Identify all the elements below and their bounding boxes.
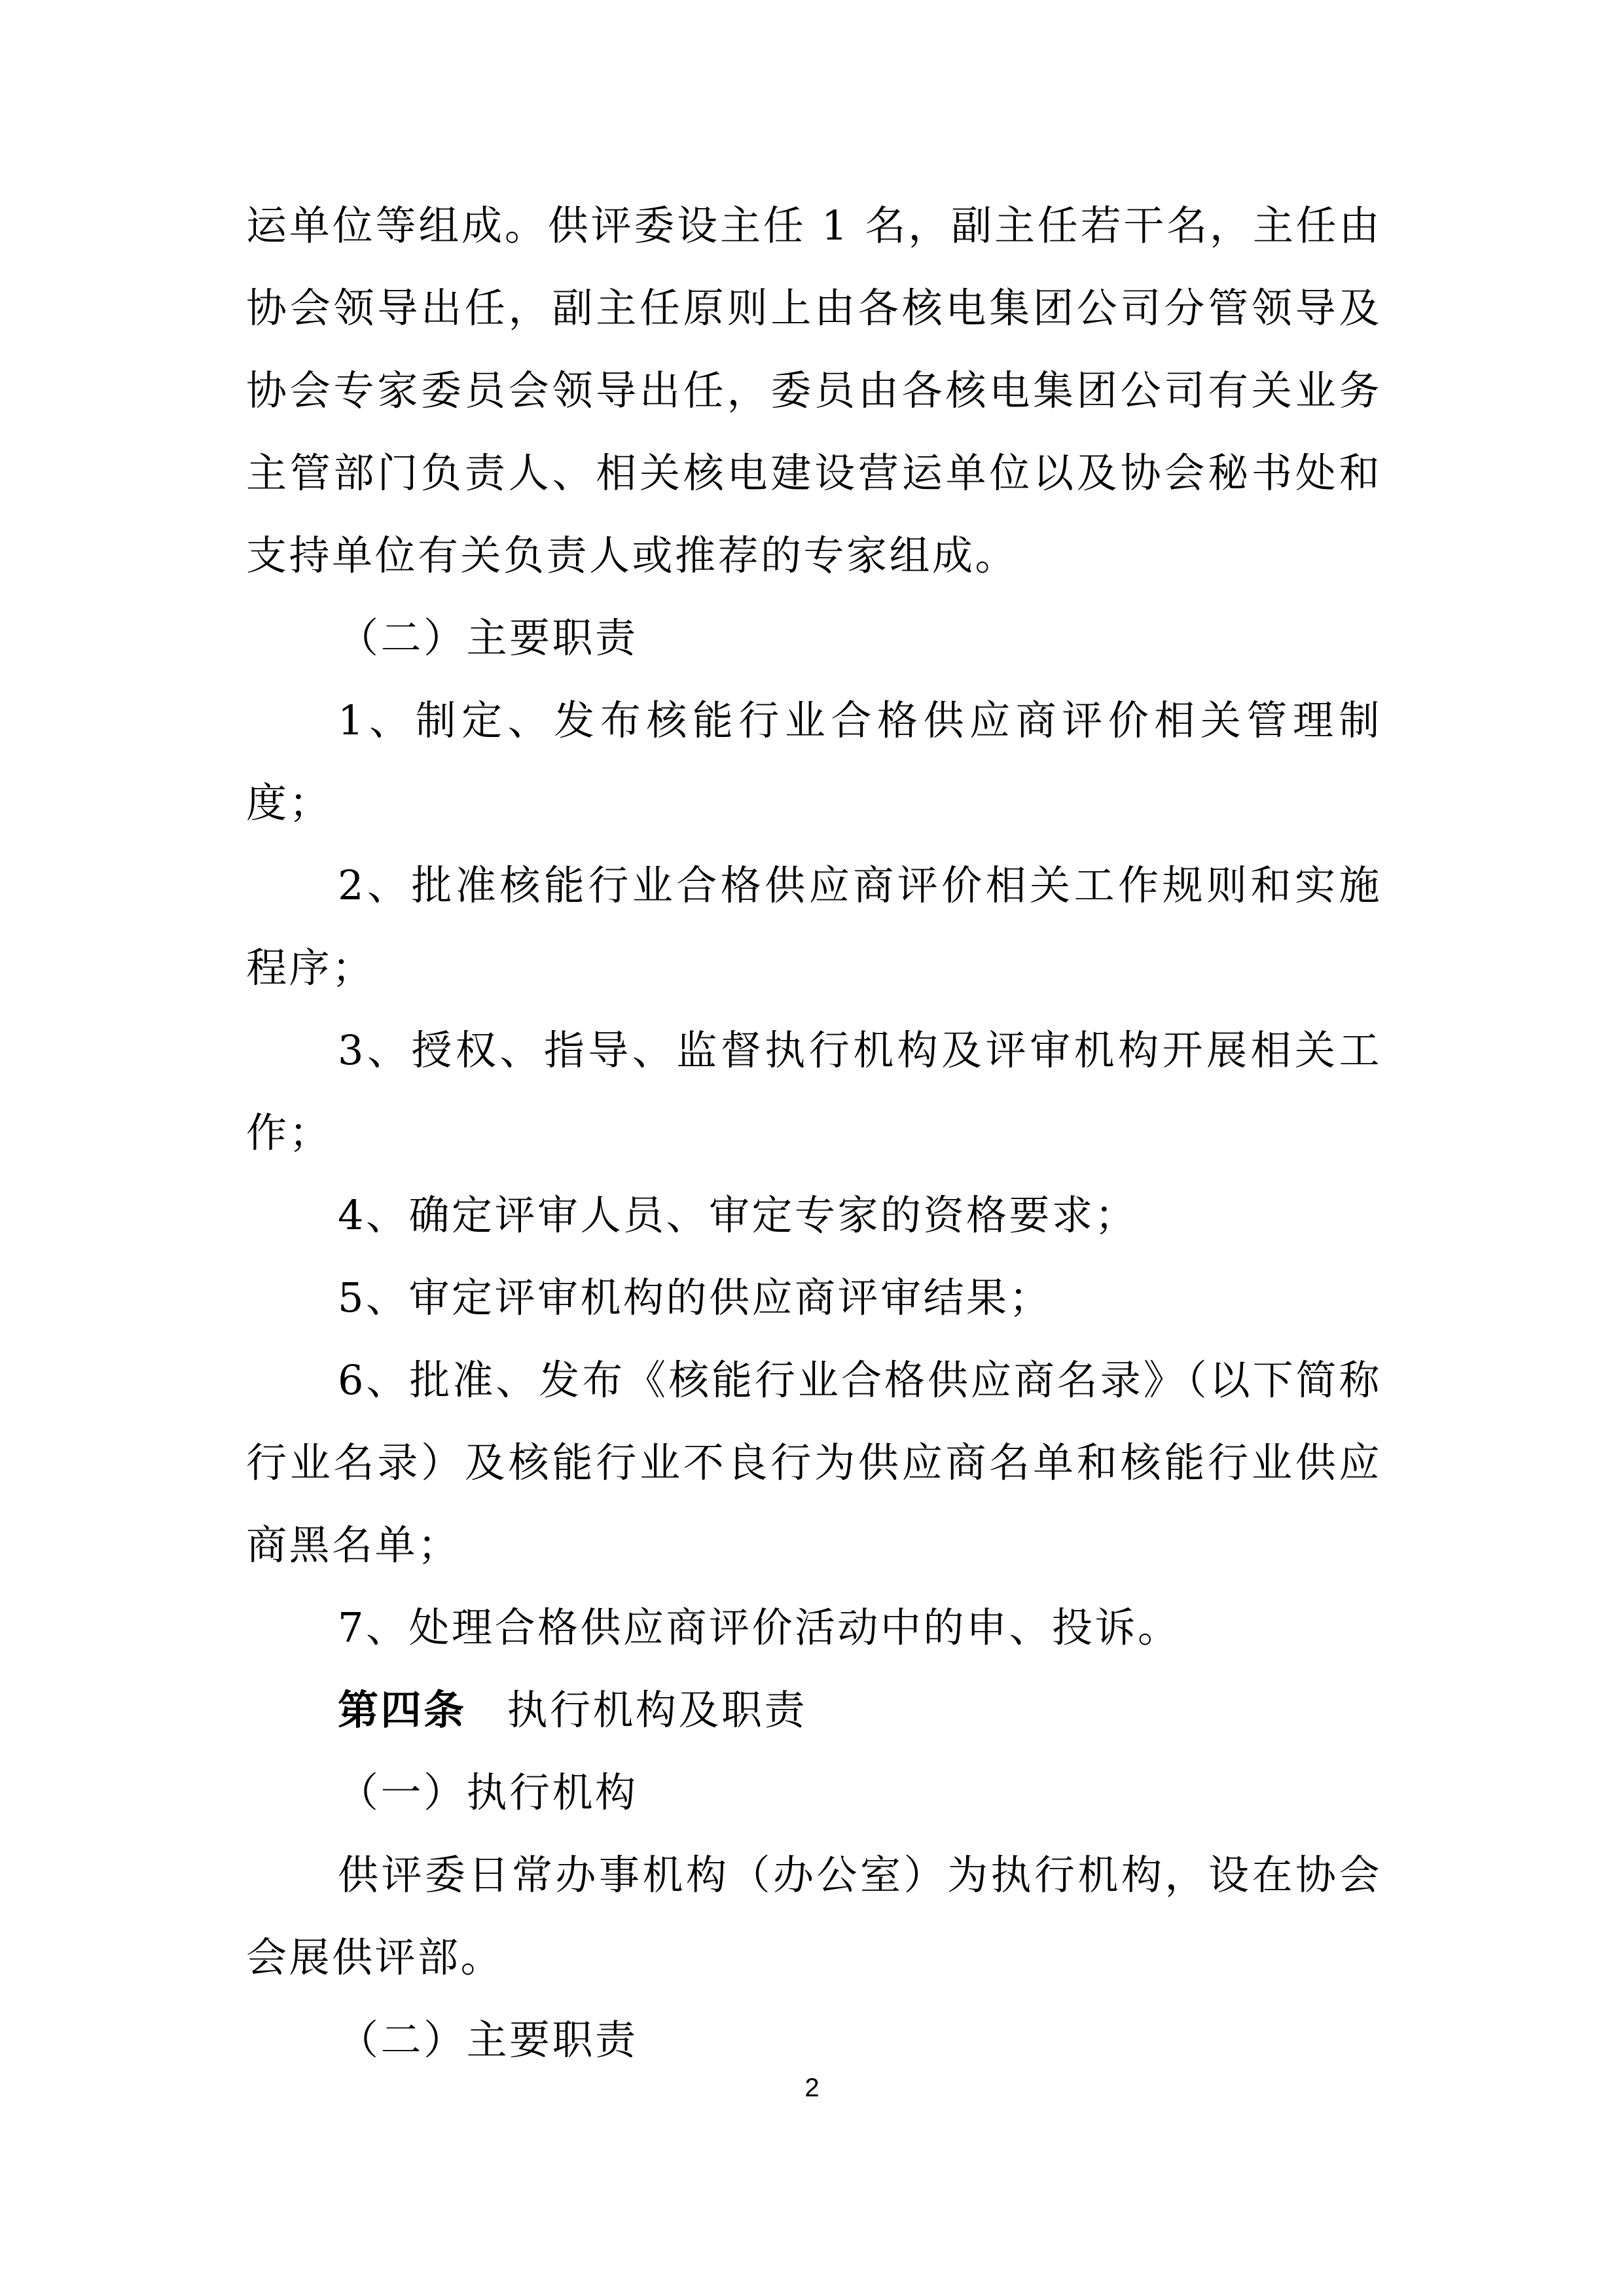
paragraph-committee-composition: 运单位等组成。供评委设主任 1 名，副主任若干名，主任由协会领导出任，副主任原则… bbox=[246, 185, 1382, 597]
duty-item-1: 1、制定、发布核能行业合格供应商评价相关管理制度； bbox=[246, 679, 1382, 844]
duty-item-6: 6、批准、发布《核能行业合格供应商名录》（以下简称行业名录）及核能行业不良行为供… bbox=[246, 1339, 1382, 1587]
subheading-executive-duties: （二）主要职责 bbox=[246, 1999, 1382, 2081]
duty-item-5: 5、审定评审机构的供应商评审结果； bbox=[246, 1257, 1382, 1339]
duty-item-7: 7、处理合格供应商评价活动中的申、投诉。 bbox=[246, 1587, 1382, 1669]
article-title: 执行机构及职责 bbox=[507, 1686, 808, 1734]
article-heading: 第四条执行机构及职责 bbox=[246, 1669, 1382, 1751]
duty-item-4: 4、确定评审人员、审定专家的资格要求； bbox=[246, 1174, 1382, 1257]
article-number: 第四条 bbox=[338, 1686, 467, 1734]
duty-item-3: 3、授权、指导、监督执行机构及评审机构开展相关工作； bbox=[246, 1009, 1382, 1174]
subheading-main-duties: （二）主要职责 bbox=[246, 597, 1382, 679]
subheading-executive-body: （一）执行机构 bbox=[246, 1751, 1382, 1834]
document-page: 运单位等组成。供评委设主任 1 名，副主任若干名，主任由协会领导出任，副主任原则… bbox=[0, 0, 1624, 2296]
paragraph-executive-body: 供评委日常办事机构（办公室）为执行机构，设在协会会展供评部。 bbox=[246, 1834, 1382, 1999]
page-content: 运单位等组成。供评委设主任 1 名，副主任若干名，主任由协会领导出任，副主任原则… bbox=[246, 185, 1382, 2081]
page-number: 2 bbox=[0, 2073, 1624, 2103]
duty-item-2: 2、批准核能行业合格供应商评价相关工作规则和实施程序； bbox=[246, 844, 1382, 1009]
